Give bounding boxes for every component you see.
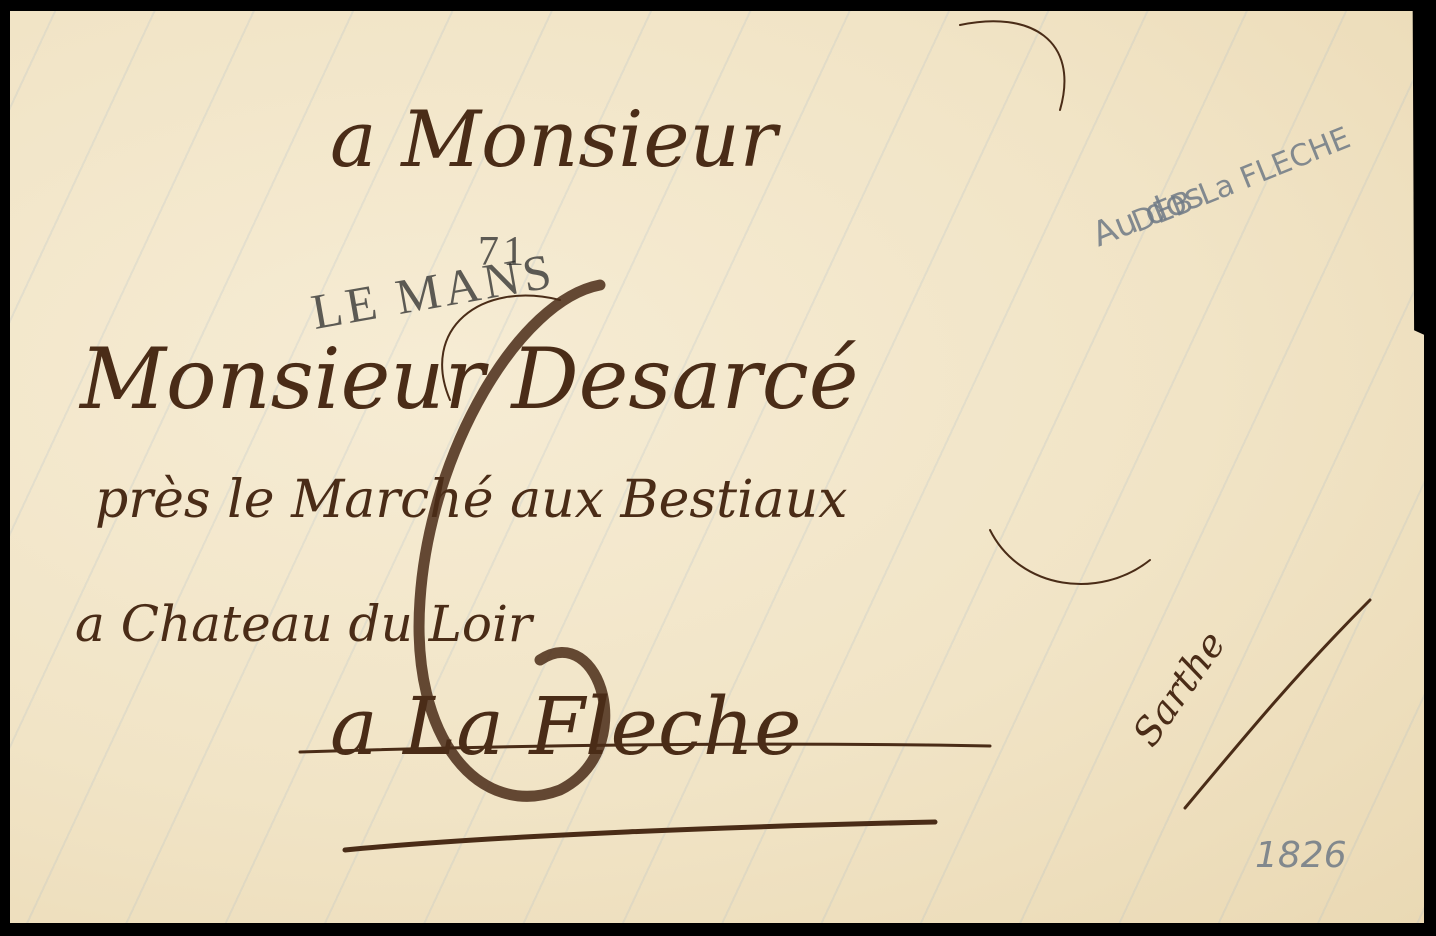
- address-line-3: près le Marché aux Bestiaux: [95, 470, 847, 530]
- address-line-4: a Chateau du Loir: [75, 595, 532, 653]
- pencil-year: 1826: [1255, 835, 1347, 876]
- address-line-5: a La Fleche: [330, 680, 801, 773]
- address-line-2: Monsieur Desarcé: [80, 330, 858, 428]
- address-line-1: a Monsieur: [330, 95, 777, 185]
